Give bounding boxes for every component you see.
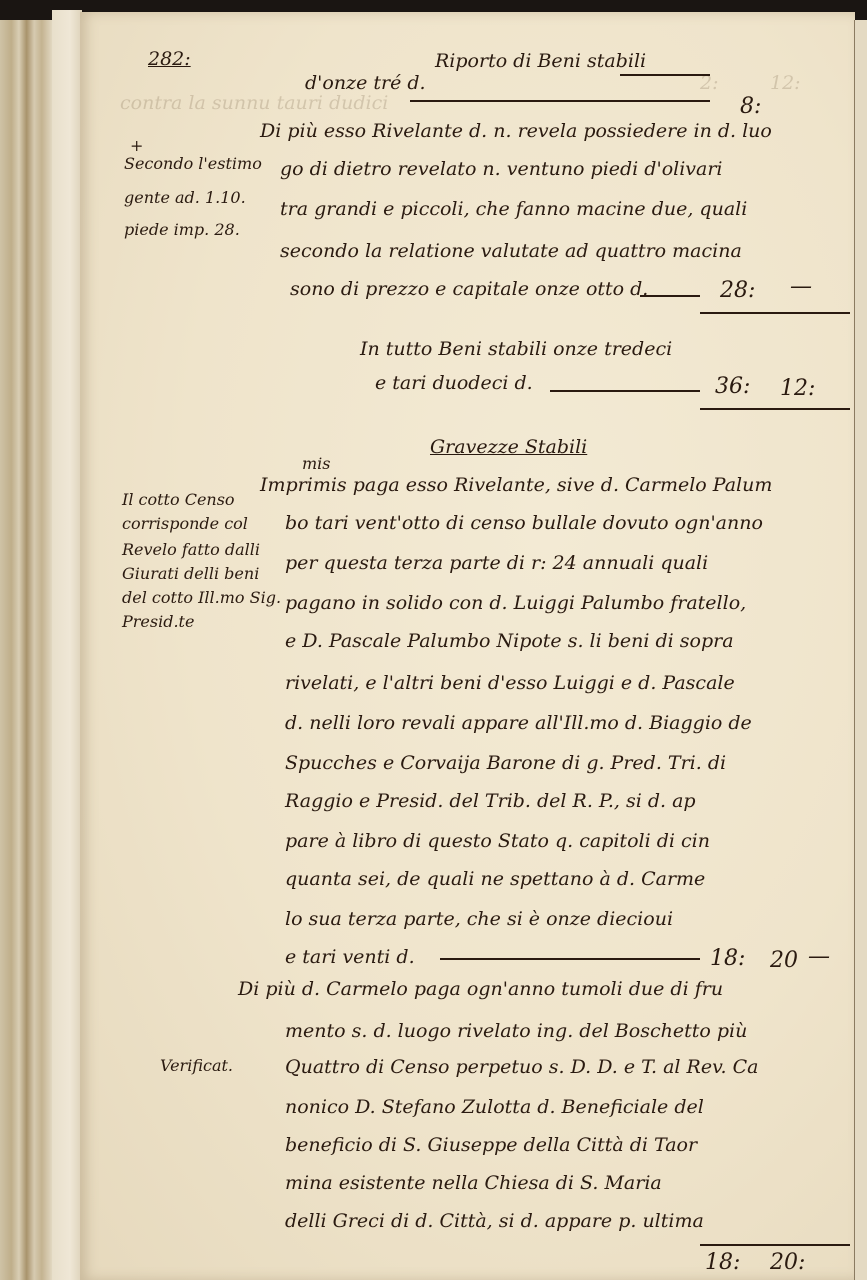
bleed-through: contra la sunnu tauri dudici <box>120 92 388 114</box>
margin-note: corrisponde col <box>122 514 248 533</box>
total-onze: 36: <box>715 374 750 399</box>
margin-note: gente ad. 1.10. <box>124 188 246 207</box>
total-tari: 12: <box>780 376 815 401</box>
entry3-line: Quattro di Censo perpetuo s. D. D. e T. … <box>285 1056 759 1078</box>
manuscript-page: contra la sunnu tauri dudici 2: 12: 282:… <box>80 12 855 1280</box>
entry3-line: mina esistente nella Chiesa di S. Maria <box>285 1172 662 1194</box>
total-line: e tari duodeci d. <box>375 372 533 394</box>
entry2-line: e D. Pascale Palumbo Nipote s. li beni d… <box>285 630 734 652</box>
ghost-amount: 12: <box>770 72 801 94</box>
margin-note: del cotto Ill.mo Sig. <box>122 588 281 607</box>
entry2-line: quanta sei, de quali ne spettano à d. Ca… <box>285 868 705 890</box>
rule <box>410 100 710 102</box>
page-edge <box>52 10 82 1280</box>
entry2-line: pare à libro di questo Stato q. capitoli… <box>285 830 710 852</box>
rule <box>700 1244 850 1246</box>
margin-note: Presid.te <box>122 612 194 631</box>
rule <box>620 74 710 76</box>
entry2-line: Imprimis paga esso Rivelante, sive d. Ca… <box>260 474 772 496</box>
entry3-onze: 18: <box>705 1250 740 1275</box>
margin-note: Verificat. <box>160 1056 233 1075</box>
superscript: mis <box>302 454 331 473</box>
carry-heading: Riporto di Beni stabili <box>435 50 646 72</box>
section-title: Gravezze Stabili <box>430 436 587 458</box>
page-number: 282: <box>148 48 191 70</box>
margin-note: + <box>130 136 143 155</box>
entry3-line: mento s. d. luogo rivelato ing. del Bosc… <box>285 1020 747 1042</box>
entry2-line: Raggio e Presid. del Trib. del R. P., si… <box>285 790 696 812</box>
total-line: In tutto Beni stabili onze tredeci <box>360 338 672 360</box>
rule <box>700 312 850 314</box>
entry2-line: lo sua terza parte, che si è onze diecio… <box>285 908 673 930</box>
rule <box>640 295 700 297</box>
margin-note: piede imp. 28. <box>124 220 240 239</box>
rule <box>550 390 700 392</box>
entry2-line: pagano in solido con d. Luiggi Palumbo f… <box>285 592 746 614</box>
entry1-line: go di dietro revelato n. ventuno piedi d… <box>280 158 723 180</box>
entry1-line: Di più esso Rivelante d. n. revela possi… <box>260 120 772 142</box>
entry1-line: sono di prezzo e capitale onze otto d. <box>290 278 648 300</box>
entry3-line: beneficio di S. Giuseppe della Città di … <box>285 1134 697 1156</box>
margin-note: Revelo fatto dalli <box>122 540 260 559</box>
entry2-line: per questa terza parte di r: 24 annuali … <box>285 552 708 574</box>
rule <box>700 408 850 410</box>
entry2-line: Spucches e Corvaija Barone di g. Pred. T… <box>285 752 726 774</box>
entry2-line: bo tari vent'otto di censo bullale dovut… <box>285 512 763 534</box>
entry1-line: secondo la relatione valutate ad quattro… <box>280 240 742 262</box>
margin-note: Il cotto Censo <box>122 490 235 509</box>
carry-line: d'onze tré d. <box>305 72 426 94</box>
entry3-line: Di più d. Carmelo paga ogn'anno tumoli d… <box>238 978 723 1000</box>
entry2-onze: 18: <box>710 946 745 971</box>
rule <box>440 958 700 960</box>
entry1-amount: 28: <box>720 278 755 303</box>
entry1-line: tra grandi e piccoli, che fanno macine d… <box>280 198 747 220</box>
next-page-edge <box>854 20 867 1280</box>
entry3-line: delli Greci di d. Città, si d. appare p.… <box>285 1210 704 1232</box>
entry2-tari: 20 <box>770 948 798 973</box>
margin-note: Secondo l'estimo <box>124 154 262 173</box>
entry2-line: d. nelli loro revali appare all'Ill.mo d… <box>285 712 752 734</box>
entry2-line: rivelati, e l'altri beni d'esso Luiggi e… <box>285 672 735 694</box>
entry2-dash: — <box>808 944 830 969</box>
entry2-line: e tari venti d. <box>285 946 415 968</box>
entry3-line: nonico D. Stefano Zulotta d. Beneficiale… <box>285 1096 704 1118</box>
entry3-tari: 20: <box>770 1250 805 1275</box>
carry-amount: 8: <box>740 94 761 119</box>
entry1-amount-dash: — <box>790 274 812 299</box>
margin-note: Giurati delli beni <box>122 564 259 583</box>
